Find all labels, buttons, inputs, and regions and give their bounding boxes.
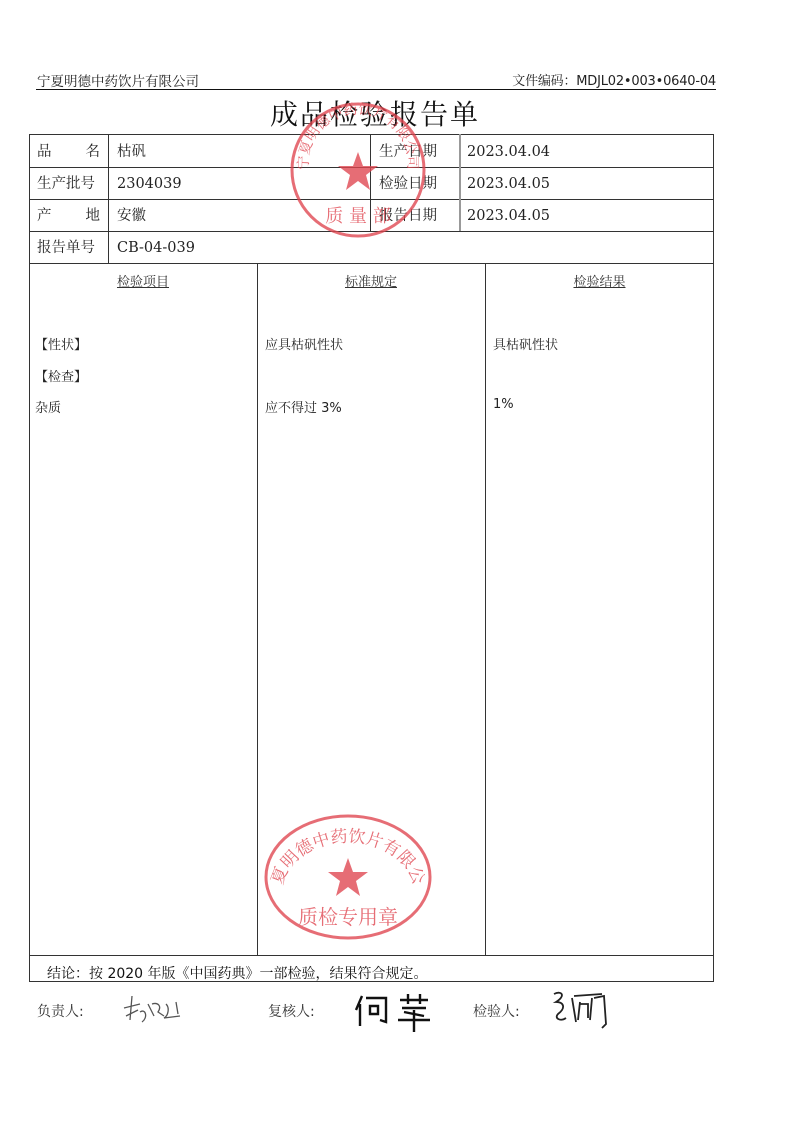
report-date-value: 2023.04.05 [467,208,550,224]
origin-value: 安徽 [117,208,146,224]
inspector-label: 检验人: [473,1001,520,1021]
responsible-signature [118,990,188,1030]
reviewer-signature [352,990,437,1032]
col-divider [257,263,258,955]
row-standard: 应具枯矾性状 [265,334,343,353]
inspection-date-value: 2023.04.05 [467,176,550,192]
column-header-result: 检验结果 [485,271,714,290]
page-title: 成品检验报告单 [0,93,750,133]
row-item: 杂质 [35,397,61,416]
report-table [29,134,714,982]
label-char: 品 [37,144,52,160]
product-name-value: 枯矾 [117,144,146,160]
row-divider [29,263,714,264]
label-char: 地 [86,208,101,224]
label-char: 名 [86,144,101,160]
row-item: 【检查】 [35,366,87,385]
row-result: 1% [493,397,514,412]
col-divider [370,134,371,231]
col-divider [485,263,486,955]
row-divider [29,955,714,956]
product-name-label: 品 名 [37,144,100,160]
company-name: 宁夏明德中药饮片有限公司 [37,70,199,90]
label-char: 产 [37,208,52,224]
inspector-signature [548,988,618,1030]
conclusion-text: 结论：按 2020 年版《中国药典》一部检验，结果符合规定。 [47,963,428,983]
row-standard: 应不得过 3% [265,397,342,416]
report-date-label: 报告日期 [379,208,437,224]
row-divider [29,231,714,232]
row-divider [29,199,714,200]
responsible-label: 负责人: [37,1001,84,1021]
origin-label: 产 地 [37,208,100,224]
production-date-label: 生产日期 [379,144,437,160]
column-header-item: 检验项目 [29,271,257,290]
row-item: 【性状】 [35,334,87,353]
col-divider [459,134,461,231]
batch-label: 生产批号 [37,176,95,192]
reviewer-label: 复核人: [268,1001,315,1021]
header-divider [36,89,716,90]
production-date-value: 2023.04.04 [467,144,550,160]
col-divider [108,134,109,263]
row-divider [29,167,714,168]
report-no-value: CB-04-039 [117,240,195,256]
document-code: 文件编码：MDJL02•003•0640-04 [512,70,716,89]
column-header-standard: 标准规定 [257,271,485,290]
report-no-label: 报告单号 [37,240,95,256]
batch-value: 2304039 [117,176,182,192]
row-result: 具枯矾性状 [493,334,558,353]
inspection-date-label: 检验日期 [379,176,437,192]
